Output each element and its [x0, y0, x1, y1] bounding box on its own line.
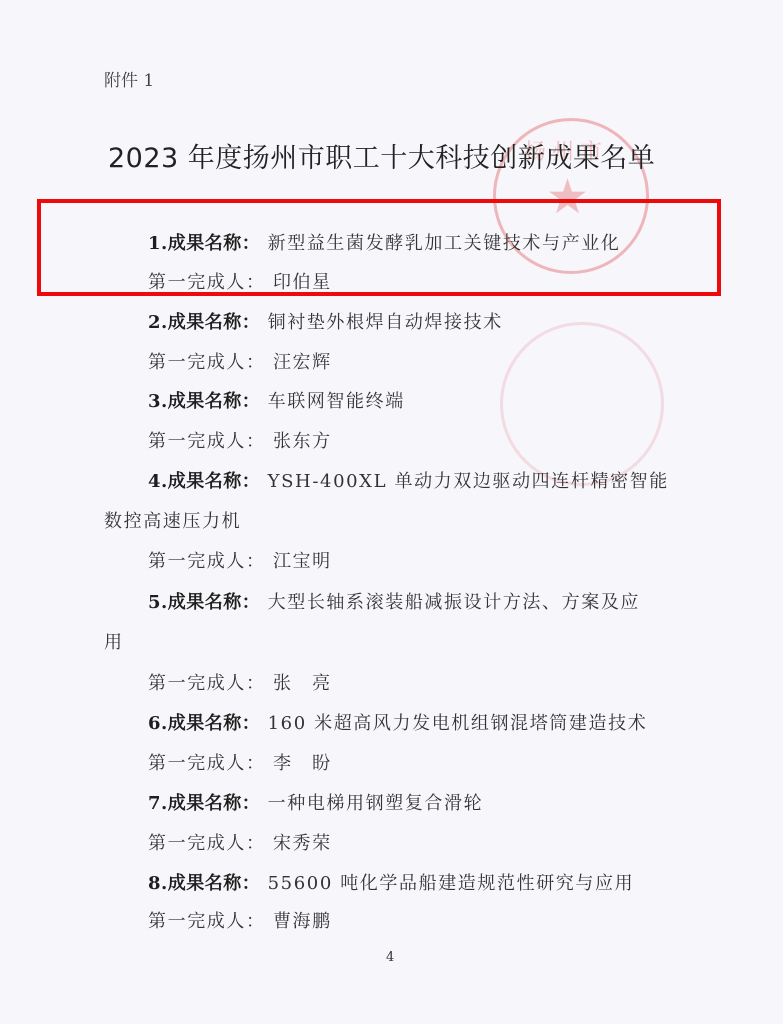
item-6-person-line: 第一完成人： 李 盼	[148, 749, 332, 775]
item-8-name: 55600 吨化学品船建造规范性研究与应用	[268, 873, 635, 894]
item-4-name-line: 4.成果名称： YSH-400XL 单动力双边驱动四连杆精密智能	[148, 467, 669, 493]
item-1-person-line: 第一完成人： 印伯星	[148, 268, 332, 294]
item-8-name-line: 8.成果名称： 55600 吨化学品船建造规范性研究与应用	[148, 869, 634, 895]
item-2-name: 铜衬垫外根焊自动焊接技术	[268, 312, 503, 333]
item-5-person: 张 亮	[273, 673, 332, 694]
item-4-name: YSH-400XL 单动力双边驱动四连杆精密智能	[268, 471, 669, 492]
item-7-person-line: 第一完成人： 宋秀荣	[148, 829, 332, 855]
item-1-person: 印伯星	[273, 272, 332, 293]
item-5-person-line: 第一完成人： 张 亮	[148, 669, 332, 695]
item-2-name-line: 2.成果名称： 铜衬垫外根焊自动焊接技术	[148, 308, 503, 334]
document-page: 扬州市 ★ 附件 1 2023 年度扬州市职工十大科技创新成果名单 1.成果名称…	[0, 0, 783, 1024]
page-title: 2023 年度扬州市职工十大科技创新成果名单	[108, 136, 655, 175]
item-2-person: 汪宏辉	[273, 352, 332, 373]
item-6-person: 李 盼	[273, 753, 332, 774]
item-2-person-line: 第一完成人： 汪宏辉	[148, 348, 332, 374]
item-6-name-line: 6.成果名称： 160 米超高风力发电机组钢混塔筒建造技术	[148, 709, 647, 735]
item-5-name: 大型长轴系滚装船减振设计方法、方案及应	[268, 592, 640, 613]
item-7-person: 宋秀荣	[273, 833, 332, 854]
item-7-name-line: 7.成果名称： 一种电梯用钢塑复合滑轮	[148, 789, 483, 815]
page-number: 4	[386, 950, 394, 965]
attachment-label: 附件 1	[104, 66, 154, 91]
item-5-name-continued: 用	[104, 628, 124, 654]
item-8-person-line: 第一完成人： 曹海鹏	[148, 907, 332, 933]
faded-seal-stamp	[500, 322, 664, 486]
item-6-name: 160 米超高风力发电机组钢混塔筒建造技术	[268, 713, 648, 734]
item-3-name: 车联网智能终端	[268, 391, 405, 412]
item-4-name-continued: 数控高速压力机	[104, 507, 241, 533]
item-4-person: 江宝明	[273, 551, 332, 572]
item-8-person: 曹海鹏	[273, 911, 332, 932]
item-1-name: 新型益生菌发酵乳加工关键技术与产业化	[268, 233, 621, 254]
item-3-person: 张东方	[273, 431, 332, 452]
item-7-name: 一种电梯用钢塑复合滑轮	[268, 793, 484, 814]
item-4-person-line: 第一完成人： 江宝明	[148, 547, 332, 573]
item-3-name-line: 3.成果名称： 车联网智能终端	[148, 387, 405, 413]
item-3-person-line: 第一完成人： 张东方	[148, 427, 332, 453]
item-1-name-line: 1.成果名称： 新型益生菌发酵乳加工关键技术与产业化	[148, 229, 620, 255]
item-5-name-line: 5.成果名称： 大型长轴系滚装船减振设计方法、方案及应	[148, 588, 640, 614]
